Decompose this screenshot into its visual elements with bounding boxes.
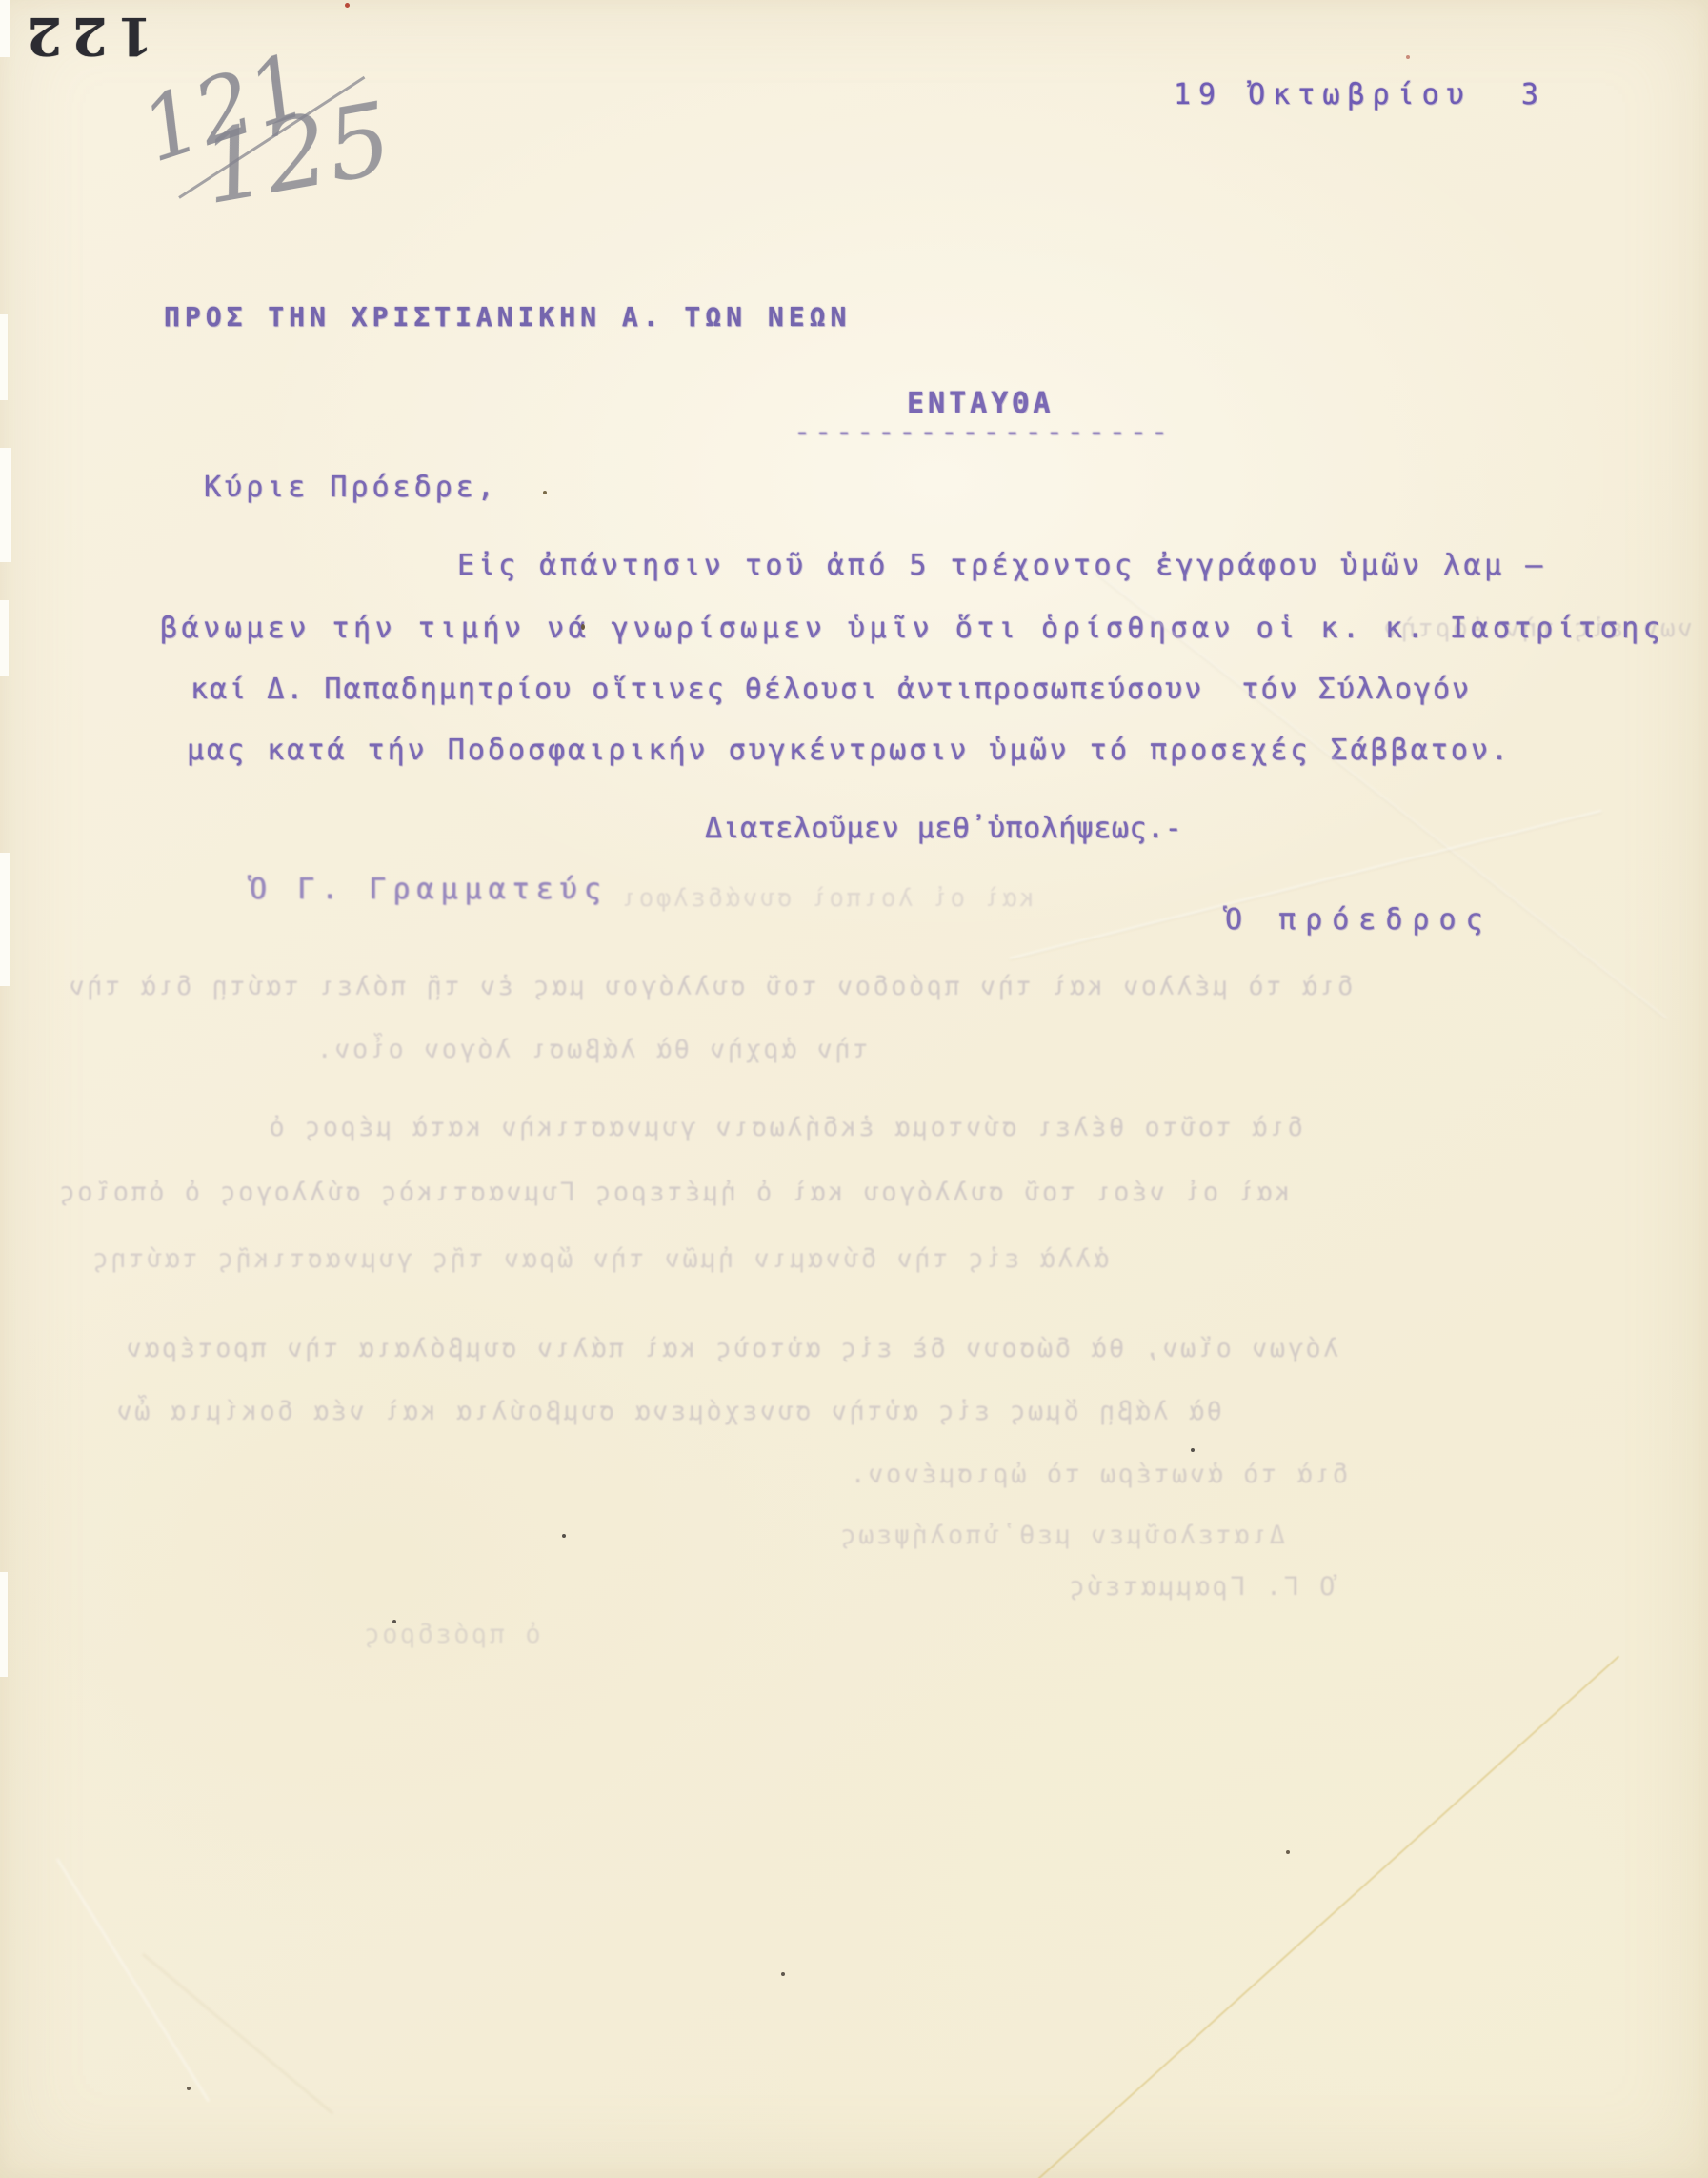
scan-edge-artifact xyxy=(0,448,11,562)
paper-speck xyxy=(345,3,350,8)
letter-page: νων εἰς τὴν ἑορτὴνκαὶ οἱ λοιποὶ συνάδελφ… xyxy=(0,0,1708,2178)
bleedthrough-line: καὶ οἱ λοιποὶ συνάδελφοι xyxy=(619,884,1035,913)
bleedthrough-line: τὴν ἀρχὴν θὰ λάβωσι λόγον οἷον. xyxy=(314,1035,868,1064)
bleedthrough-line: ὁ πρόεδρος xyxy=(362,1620,541,1649)
bleedthrough-line: ἀλλὰ εἰς τὴν δύναμιν ἡμῶν τὴν ὥραν τῆς γ… xyxy=(90,1244,1109,1274)
bleedthrough-line: Διατελοῦμεν μεθ᾽ὑπολήψεως xyxy=(838,1521,1285,1550)
scan-edge-artifact xyxy=(0,1572,8,1677)
bleedthrough-line: Ὁ Γ. Γραμματεύς xyxy=(1067,1572,1335,1602)
date-line: 19 Ὀκτωβρίου 3 xyxy=(1174,78,1546,111)
scan-edge-artifact xyxy=(0,853,10,986)
scan-edge-artifact xyxy=(0,0,10,57)
body-line: καί Δ. Παπαδημητρίου οἵτινες θέλουσι ἀντ… xyxy=(191,673,1471,706)
secretary-signature-title: Ὁ Γ. Γραμματεύς xyxy=(250,873,608,906)
paper-crease xyxy=(56,1858,210,2101)
body-line: μας κατά τήν Ποδοσφαιρικήν συγκέντρωσιν … xyxy=(187,734,1511,767)
closing-line: Διατελοῦμεν μεθ᾽ὑπολήψεως.- xyxy=(705,812,1182,845)
paper-crease xyxy=(142,1953,332,2114)
bleedthrough-line: διὰ τὸ μέλλον καὶ τὴν πρόοδον τοῦ συλλόγ… xyxy=(67,972,1353,1001)
paper-speck xyxy=(543,491,547,494)
paper-speck xyxy=(562,1534,566,1538)
bleedthrough-line: καὶ οἱ νέοι τοῦ συλλόγου καὶ ὁ ἡμέτερος … xyxy=(57,1178,1290,1207)
bleedthrough-line: διὰ τὸ ἀνωτέρω τὸ ὡρισμένον. xyxy=(848,1460,1348,1489)
bleedthrough-line: λόγων οἵων, θὰ δώσουν δὲ εἰς αὐτοὺς καὶ … xyxy=(124,1334,1338,1363)
president-signature-title: Ὁ πρόεδρος xyxy=(1225,903,1493,937)
paper-speck xyxy=(781,1972,785,1976)
scan-edge-artifact xyxy=(0,600,9,676)
body-line: βάνωμεν τήν τιμήν νά γνωρίσωμεν ὑμῖν ὅτι… xyxy=(160,612,1664,645)
paper-speck xyxy=(1286,1850,1290,1854)
paper-speck xyxy=(187,2087,191,2090)
bleedthrough-line: θὰ λάβῃ ὅμως εἰς αὐτὴν συνεχόμενα συμβού… xyxy=(114,1397,1222,1426)
paper-speck xyxy=(392,1620,396,1623)
paper-speck xyxy=(1191,1448,1195,1452)
place-underline: ------------------ xyxy=(794,415,1172,449)
archive-number-stamp: 122 xyxy=(13,6,156,67)
paper-speck xyxy=(1406,55,1410,59)
recipient-line: ΠΡΟΣ ΤΗΝ ΧΡΙΣΤΙΑΝΙΚΗΝ Α. ΤΩΝ ΝΕΩΝ xyxy=(164,301,851,333)
bleedthrough-line: διὰ τοῦτο θέλει σύντομα ἐκδήλωσιν γυμνασ… xyxy=(267,1113,1303,1142)
body-line: Εἰς ἀπάντησιν τοῦ ἀπό 5 τρέχοντος ἐγγράφ… xyxy=(457,549,1546,582)
paper-crease xyxy=(1037,1656,1619,2178)
salutation-line: Κύριε Πρόεδρε, xyxy=(204,471,498,504)
scan-edge-artifact xyxy=(0,314,8,400)
